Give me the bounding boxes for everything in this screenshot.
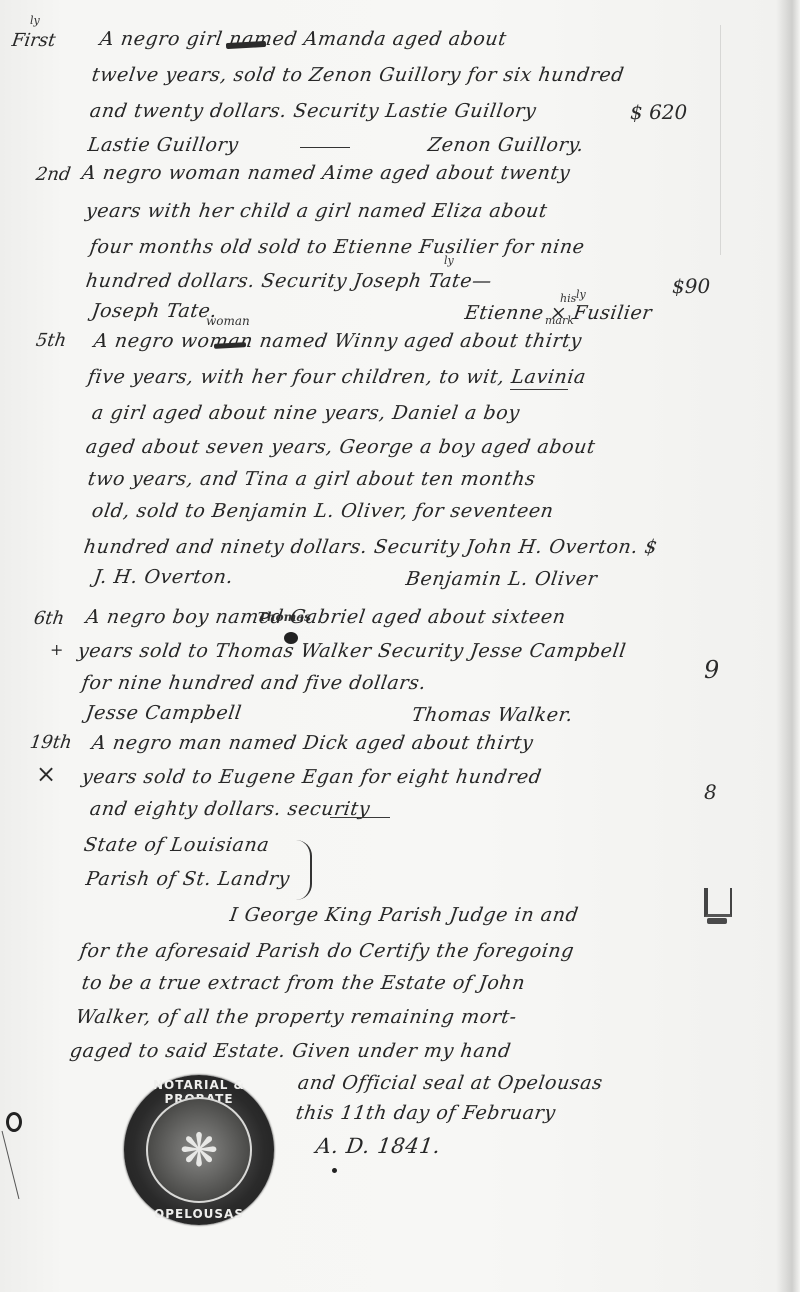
entry-2-line-2: years with her child a girl named Eliza … bbox=[84, 200, 548, 222]
entry-1-number-label: First bbox=[11, 30, 57, 51]
seal-inner-ring: ❋ bbox=[146, 1097, 252, 1203]
entry-2-line-3: four months old sold to Etienne Fusilier… bbox=[88, 236, 586, 258]
certificate-body-line-4: Walker, of all the property remaining mo… bbox=[74, 1006, 518, 1028]
signature-separator-dash bbox=[300, 147, 350, 148]
entry-4-signature-left: Jesse Campbell bbox=[84, 702, 243, 724]
entry-3-line-5: two years, and Tina a girl about ten mon… bbox=[86, 468, 537, 490]
entry-2-line-1: A negro woman named Aime aged about twen… bbox=[80, 162, 571, 184]
entry-3-inserted-word: woman bbox=[206, 314, 250, 328]
certificate-body-line-3: to be a true extract from the Estate of … bbox=[80, 972, 526, 994]
certificate-body-line-5: gaged to said Estate. Given under my han… bbox=[68, 1040, 512, 1062]
entry-2-line-4: hundred dollars. Security Joseph Tate— bbox=[84, 270, 493, 292]
certificate-body-line-1: I George King Parish Judge in and bbox=[228, 904, 580, 926]
entry-1-signature-left: Lastie Guillory bbox=[86, 134, 240, 156]
entry-5-amount: 8 bbox=[704, 780, 717, 804]
margin-bracket-mark bbox=[704, 888, 732, 917]
security-underline bbox=[330, 817, 390, 818]
entry-3-signature-right: Benjamin L. Oliver bbox=[404, 568, 598, 590]
certificate-closing-line-2: this 11th day of February bbox=[294, 1102, 557, 1124]
entry-4-number-label: 6th bbox=[33, 608, 66, 629]
entry-2-number-label: 2nd bbox=[35, 164, 73, 185]
entry-4-amount: 9 bbox=[704, 656, 719, 684]
entry-3-line-1: A negro woman named Winny aged about thi… bbox=[92, 330, 583, 352]
entry-3-line-6: old, sold to Benjamin L. Oliver, for sev… bbox=[90, 500, 555, 522]
entry-1-line-2: twelve years, sold to Zenon Guillory for… bbox=[90, 64, 625, 86]
entry-5-line-2: years sold to Eugene Egan for eight hund… bbox=[80, 766, 543, 788]
entry-2-security-superscript: ly bbox=[444, 254, 454, 267]
entry-1-signature-right: Zenon Guillory. bbox=[426, 134, 585, 156]
entry-4-line-1: A negro boy named Gabriel aged about six… bbox=[84, 606, 567, 628]
entry-3-signature-left: J. H. Overton. bbox=[92, 566, 234, 588]
entry-1-line-3: and twenty dollars. Security Lastie Guil… bbox=[88, 100, 537, 122]
ink-dot bbox=[332, 1168, 337, 1173]
stray-ink-stroke bbox=[2, 1131, 20, 1199]
entry-3-line-2: five years, with her four children, to w… bbox=[86, 366, 587, 388]
entry-4-signature-right: Thomas Walker. bbox=[410, 704, 574, 726]
brace-flourish bbox=[296, 840, 312, 900]
entry-1-amount: $ 620 bbox=[630, 100, 687, 124]
eagle-emblem-icon: ❋ bbox=[180, 1127, 219, 1173]
entry-1-superscript: ly bbox=[30, 14, 40, 27]
stray-ink-mark bbox=[6, 1112, 22, 1132]
entry-2-mark-ly: ly bbox=[576, 288, 586, 301]
entry-5-line-1: A negro man named Dick aged about thirty bbox=[90, 732, 534, 754]
entry-3-line-3: a girl aged about nine years, Daniel a b… bbox=[90, 402, 521, 424]
entry-5-margin-mark: × bbox=[36, 760, 56, 788]
ink-blot bbox=[284, 632, 298, 644]
certificate-closing-line-3: A. D. 1841. bbox=[314, 1134, 442, 1158]
seal-text-bottom: OPELOUSAS bbox=[124, 1207, 274, 1221]
notarial-probate-seal: NOTARIAL & PROBATE ❋ OPELOUSAS bbox=[124, 1075, 274, 1225]
entry-4-margin-mark: + bbox=[50, 640, 63, 659]
entry-2-amount: $90 bbox=[672, 274, 710, 298]
certificate-closing-line-1: and Official seal at Opelousas bbox=[296, 1072, 604, 1094]
entry-3-line-7: hundred and ninety dollars. Security Joh… bbox=[82, 536, 658, 558]
to-wit-underline bbox=[510, 389, 568, 390]
scanned-manuscript-page: ly First A negro girl named Amanda aged … bbox=[0, 0, 800, 1292]
entry-3-line-4: aged about seven years, George a boy age… bbox=[84, 436, 596, 458]
certificate-heading-state: State of Louisiana bbox=[82, 834, 270, 856]
entry-2-signature-left: Joseph Tate. bbox=[90, 300, 218, 322]
entry-4-line-2: years sold to Thomas Walker Security Jes… bbox=[76, 640, 627, 662]
entry-5-number-label: 19th bbox=[29, 732, 74, 753]
paper-fold-line bbox=[720, 25, 721, 255]
certificate-heading-parish: Parish of St. Landry bbox=[84, 868, 291, 890]
margin-bracket-mark bbox=[707, 918, 727, 924]
entry-3-number-label: 5th bbox=[35, 330, 68, 351]
entry-3-mark-subscript: mark bbox=[545, 314, 574, 327]
entry-4-line-3: for nine hundred and five dollars. bbox=[80, 672, 427, 694]
entry-1-line-1: A negro girl named Amanda aged about bbox=[98, 28, 508, 50]
certificate-body-line-2: for the aforesaid Parish do Certify the … bbox=[78, 940, 575, 962]
